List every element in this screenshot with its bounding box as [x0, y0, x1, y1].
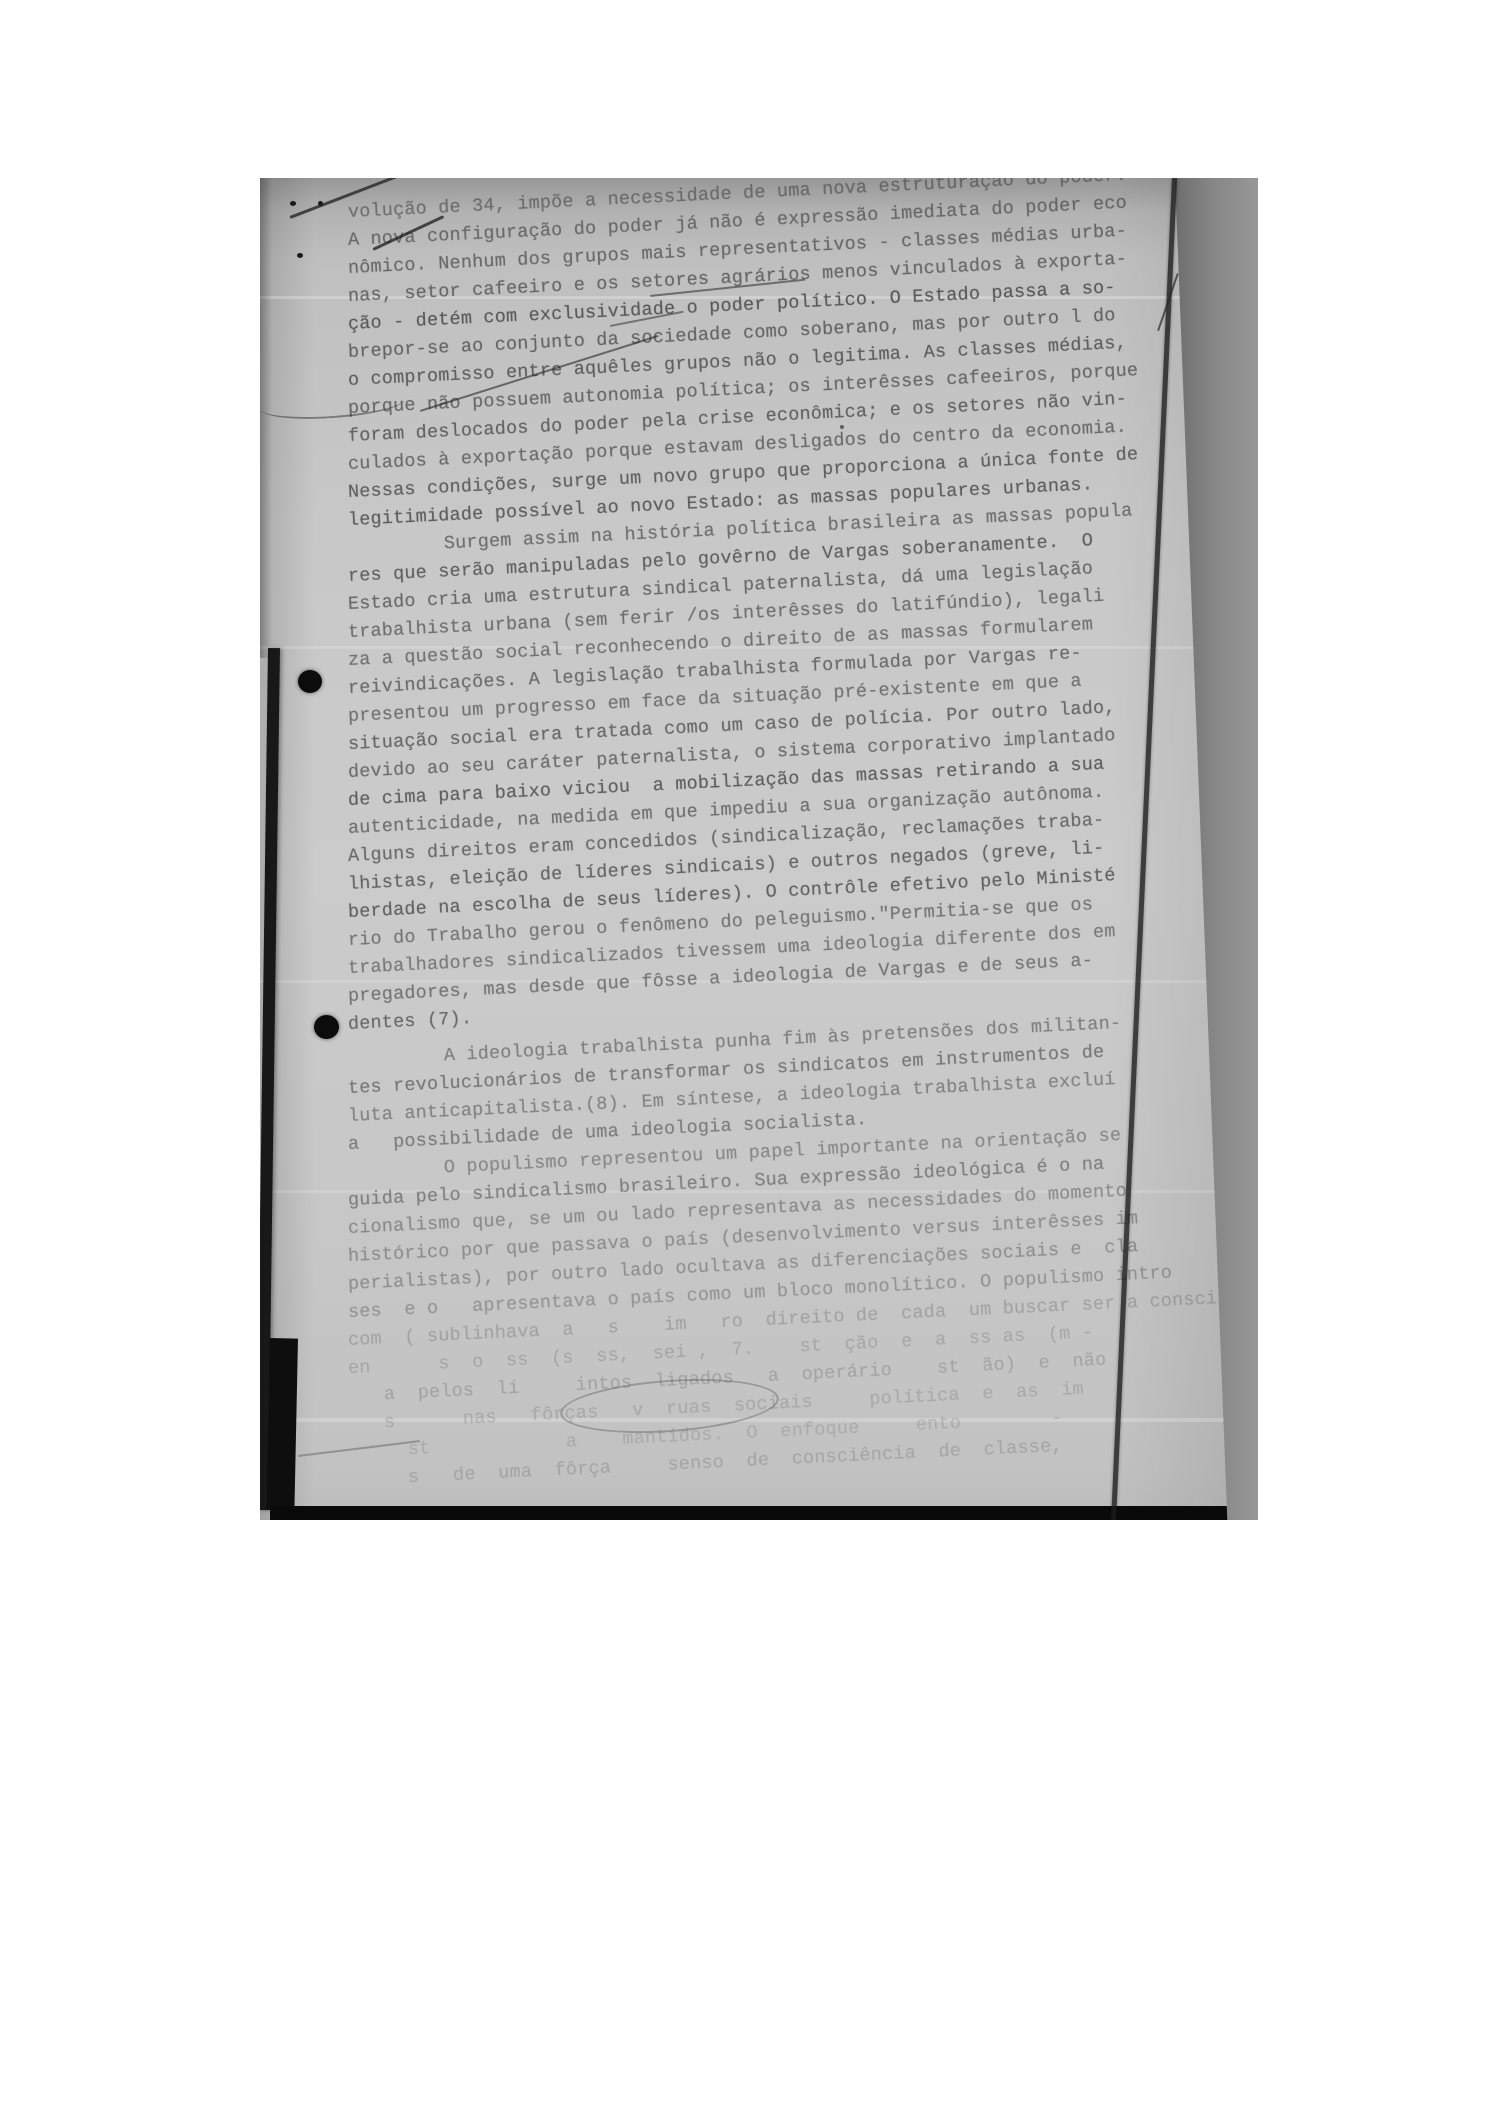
scanned-page: volução de 34, impõe a necessidade de um…: [260, 178, 1258, 1520]
ink-speck: [290, 201, 296, 206]
page-edge-left-lower: [266, 1338, 298, 1511]
ink-speck: [318, 201, 323, 206]
ink-speck: [840, 425, 844, 429]
page-edge-left-soft: [260, 178, 272, 658]
page-edge-bottom: [270, 1506, 1250, 1520]
ink-speck: [297, 253, 303, 258]
punch-hole: [298, 670, 322, 693]
punch-hole: [314, 1015, 339, 1039]
